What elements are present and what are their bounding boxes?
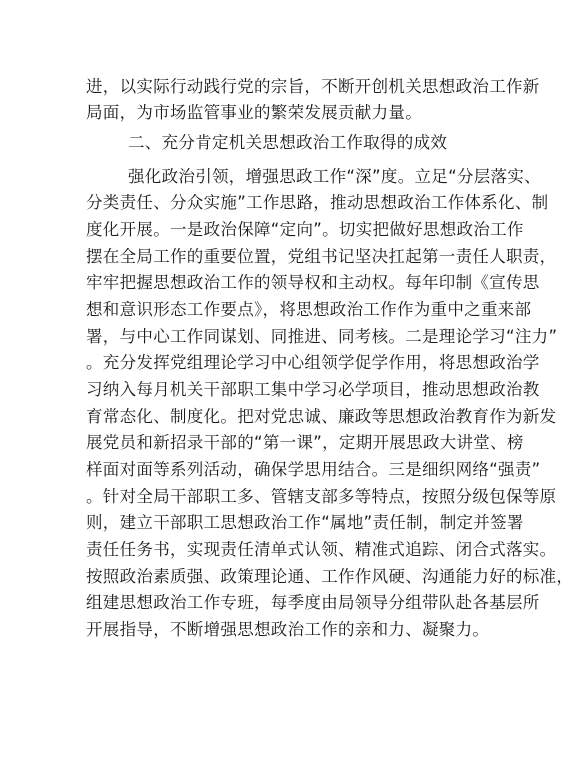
paragraph-line: 习纳入每月机关干部职工集中学习必学项目，推动思想政治教 <box>86 379 540 401</box>
paragraph-line: 则，建立干部职工思想政治工作“属地”责任制，制定并签署 <box>86 512 524 534</box>
paragraph-line: 。针对全局干部职工多、管辖支部多等特点，按照分级包保等原 <box>86 486 556 508</box>
paragraph-line: 展党员和新招录干部的“第一课”，定期开展思政大讲堂、榜 <box>86 432 524 454</box>
paragraph-line: 按照政治素质强、政策理论通、工作作风硬、沟通能力好的标准， <box>86 566 573 588</box>
document-page: 进，以实际行动践行党的宗旨，不断开创机关思想政治工作新局面，为市场监管事业的繁荣… <box>0 0 586 759</box>
paragraph-line: 开展指导，不断增强思想政治工作的亲和力、凝聚力。 <box>86 619 489 641</box>
paragraph-line: 署，与中心工作同谋划、同推进、同考核。二是理论学习“注力” <box>86 326 557 348</box>
paragraph-line: 想和意识形态工作要点》，将思想政治工作作为重中之重来部 <box>86 299 531 321</box>
paragraph-line: 强化政治引领，增强思政工作“深”度。立足“分层落实、 <box>128 166 541 188</box>
paragraph-line: 责任任务书，实现责任清单式认领、精准式追踪、闭合式落实。 <box>86 539 556 561</box>
paragraph-line: 。充分发挥党组理论学习中心组领学促学作用，将思想政治学 <box>86 352 540 374</box>
paragraph-line: 育常态化、制度化。把对党忠诚、廉政等思想政治教育作为新发 <box>86 406 556 428</box>
paragraph-line: 局面，为市场监管事业的繁荣发展贡献力量。 <box>86 102 422 124</box>
paragraph-line: 牢牢把握思想政治工作的领导权和主动权。每年印制《宣传思 <box>86 272 540 294</box>
paragraph-line: 样面对面等系列活动，确保学思用结合。三是细织网络“强责” <box>86 459 541 481</box>
paragraph-line: 摆在全局工作的重要位置，党组书记坚决扛起第一责任人职责， <box>86 246 556 268</box>
paragraph-line: 分类责任、分众实施”工作思路，推动思想政治工作体系化、制 <box>86 192 548 214</box>
paragraph-line: 组建思想政治工作专班，每季度由局领导分组带队赴各基层所 <box>86 592 540 614</box>
paragraph-line: 进，以实际行动践行党的宗旨，不断开创机关思想政治工作新 <box>86 76 540 98</box>
section-heading: 二、充分肯定机关思想政治工作取得的成效 <box>128 132 447 154</box>
paragraph-line: 度化开展。一是政治保障“定向”。切实把做好思想政治工作 <box>86 219 524 241</box>
